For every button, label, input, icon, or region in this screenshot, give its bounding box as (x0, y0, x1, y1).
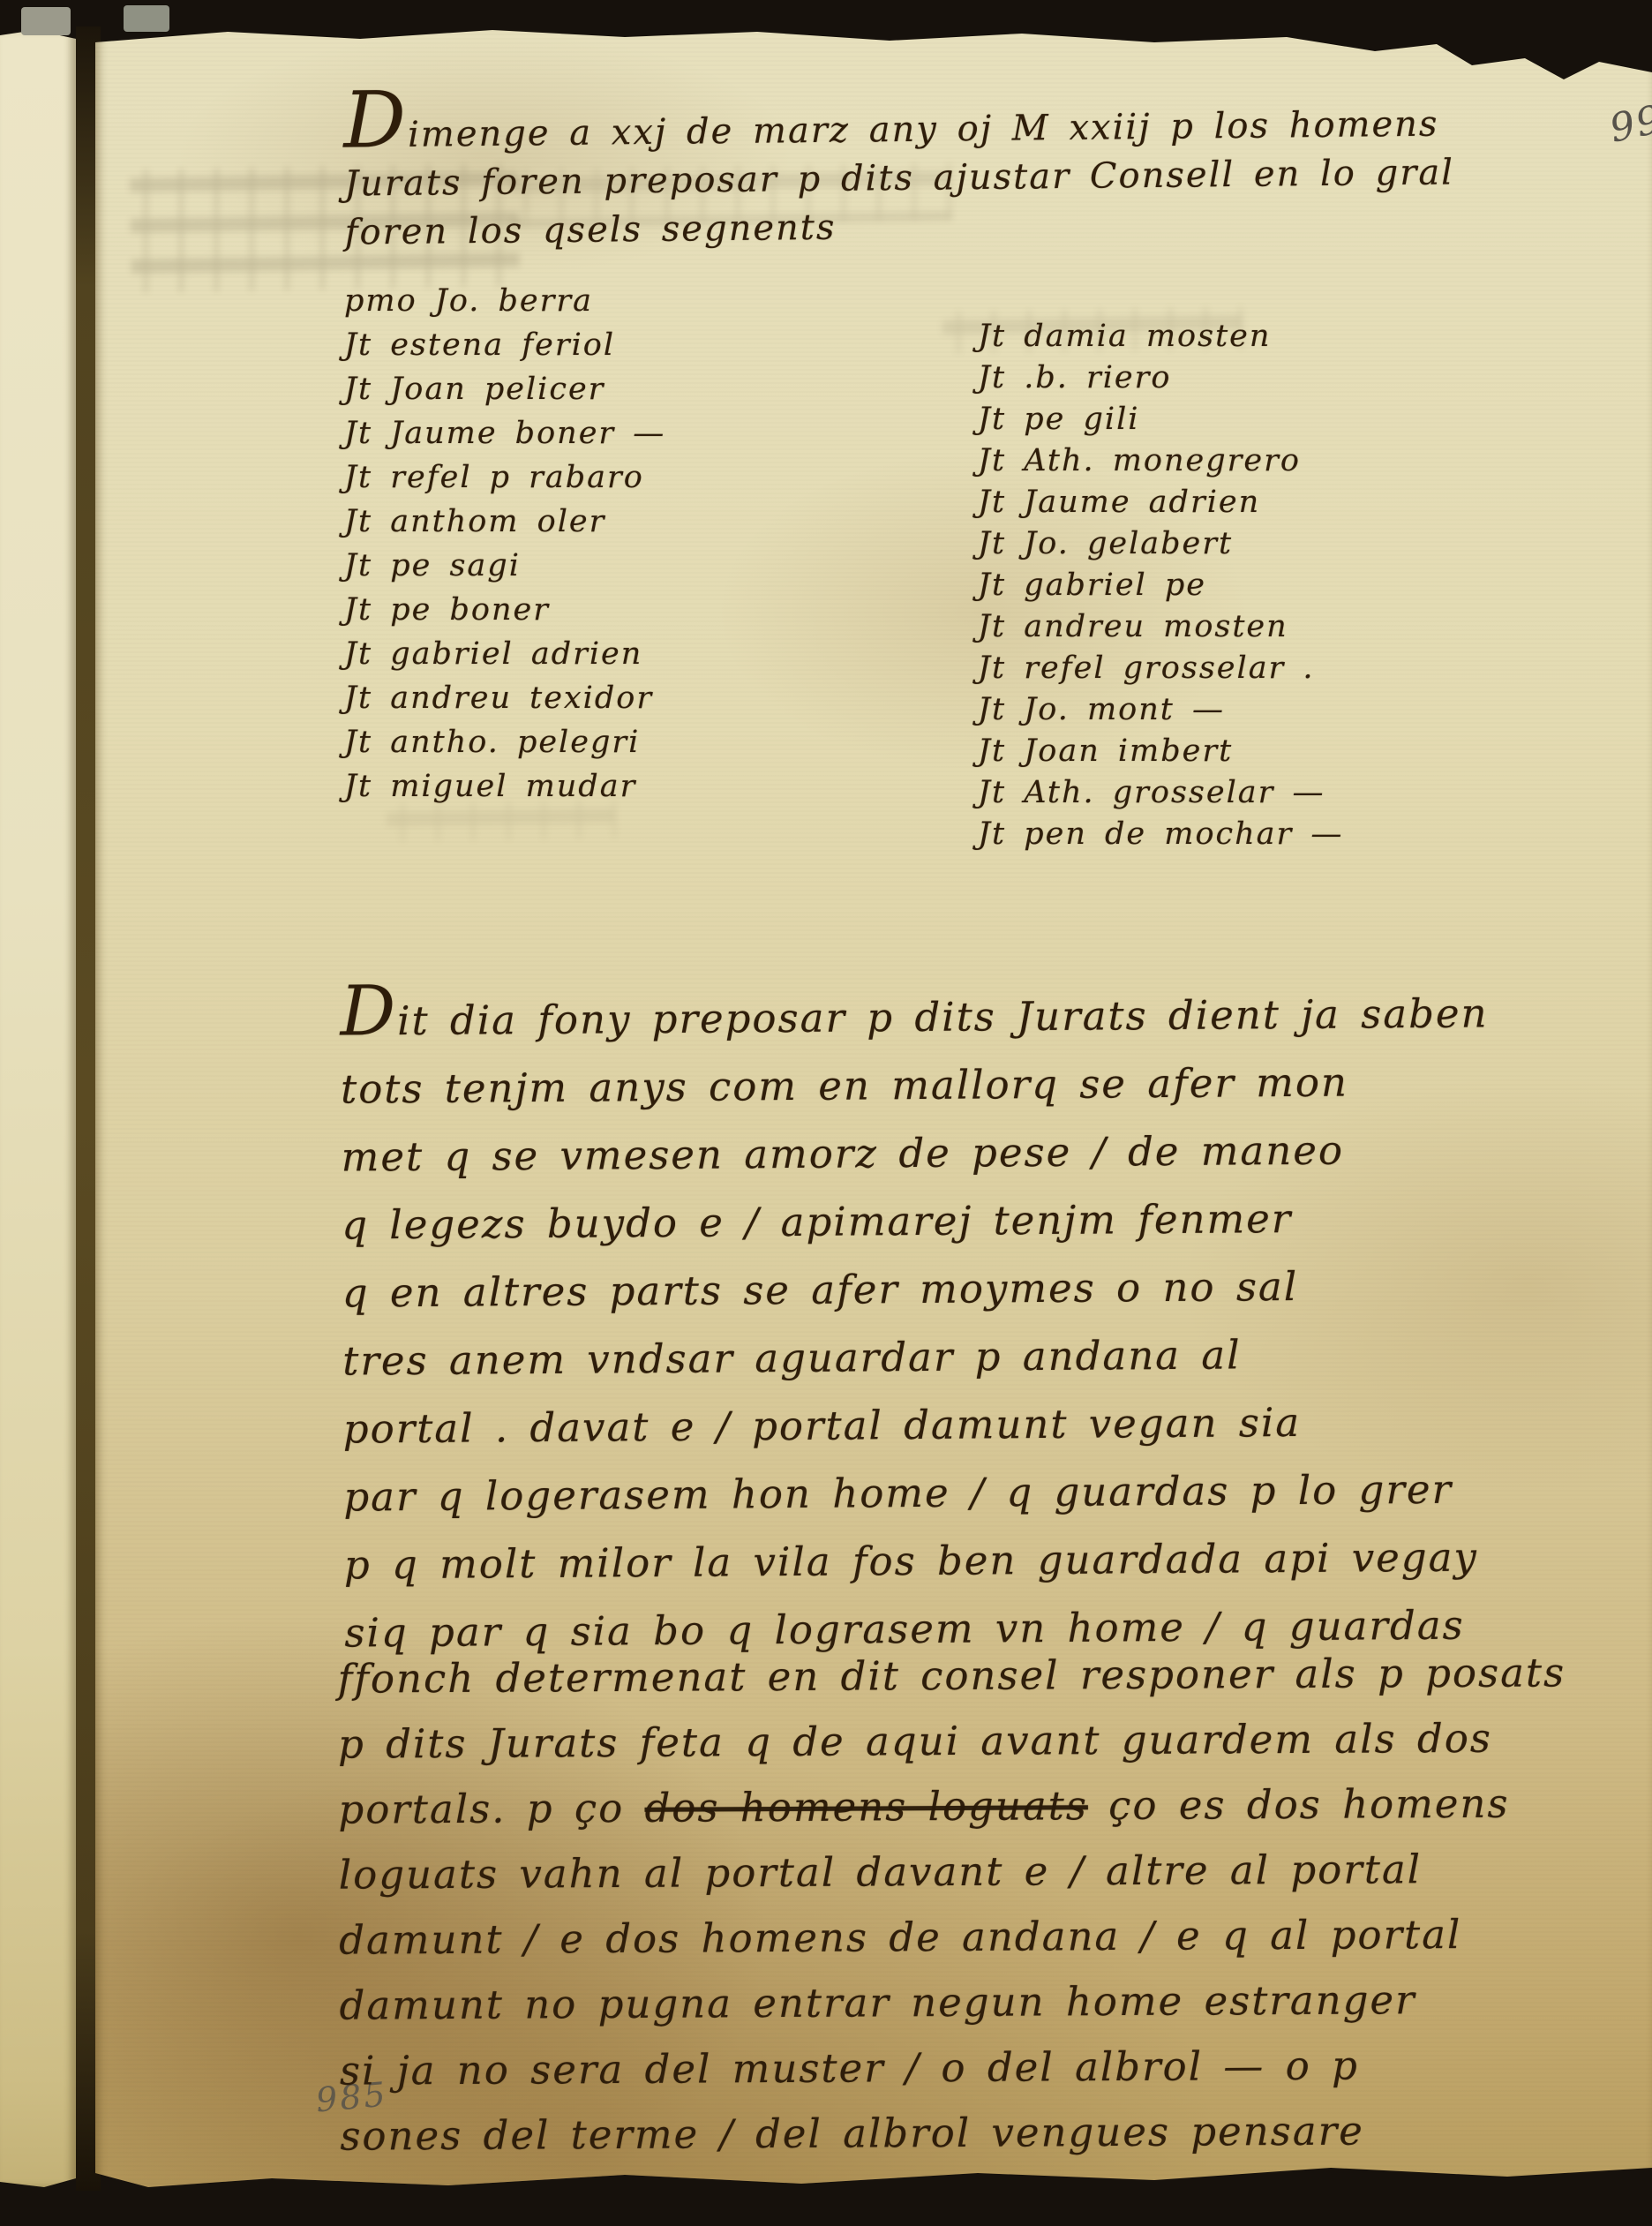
text-line: par q logerasem hon home / q guardas p l… (343, 1455, 1491, 1530)
binding-tab (21, 7, 71, 35)
heading-line: Dimenge a xxj de marz any oj M xxiij p l… (343, 87, 1454, 160)
attendee-name: Jt .b. riero (978, 357, 1343, 399)
attendee-name: Jt miguel mudar (344, 764, 665, 808)
text-line: p q molt milor la vila fos ben guardada … (344, 1523, 1492, 1598)
previous-page-edge (0, 30, 76, 2187)
attendee-name: Jt Ath. monegrero (978, 440, 1343, 482)
attendee-list-right: Jt damia mosten Jt .b. riero Jt pe gili … (978, 316, 1343, 855)
text-line: q legezs buydo e / apimarej tenjm fenmer (342, 1183, 1490, 1259)
attendee-name: Jt gabriel adrien (344, 632, 665, 676)
text-line: ffonch determenat en dit consel responer… (337, 1640, 1566, 1711)
text-line: p dits Jurats feta q de aqui avant guard… (338, 1705, 1566, 1777)
attendee-name: Jt estena feriol (344, 323, 665, 367)
text-segment: ço es dos homens (1088, 1780, 1510, 1830)
attendee-name: Jt gabriel pe (978, 565, 1343, 606)
attendee-name: Jt andreu texidor (344, 676, 665, 720)
attendee-name: Jt antho. pelegri (344, 720, 665, 764)
attendee-list-left: pmo Jo. berra Jt estena feriol Jt Joan p… (344, 279, 665, 808)
binding-tab (124, 5, 169, 32)
text-line: met q se vmesen amorz de pese / de maneo (341, 1115, 1489, 1191)
attendee-name: Jt damia mosten (978, 316, 1343, 357)
record-heading: Dimenge a xxj de marz any oj M xxiij p l… (343, 87, 1455, 257)
text-line: tots tenjm anys com en mallorq se afer m… (341, 1047, 1489, 1123)
manuscript-page: 993 985 Dimenge a xxj de marz any oj M x… (95, 25, 1652, 2198)
attendee-name: pmo Jo. berra (344, 279, 665, 323)
text-line: damunt no pugna entrar negun home estran… (339, 1967, 1567, 2038)
attendee-name: Jt Jaume boner — (344, 411, 665, 455)
attendee-name: Jt refel grosselar . (978, 648, 1343, 689)
text-line: tres anem vndsar aguardar p andana al (342, 1319, 1491, 1395)
attendee-name: Jt Jo. gelabert (978, 523, 1343, 565)
attendee-name: Jt andreu mosten (978, 606, 1343, 648)
text-segment: portals. p ço (338, 1785, 644, 1833)
resolution-paragraph: ffonch determenat en dit consel responer… (337, 1640, 1568, 2169)
text-line: Dit dia fony preposar p dits Jurats dien… (340, 979, 1488, 1055)
attendee-name: Jt pe boner (344, 588, 665, 632)
text-line: q en altres parts se afer moymes o no sa… (342, 1251, 1490, 1327)
text-line: sones del terme / del albrol vengues pen… (340, 2097, 1568, 2169)
attendee-name: Jt pe gili (978, 399, 1343, 440)
attendee-name: Jt Joan imbert (978, 731, 1343, 772)
attendee-name: Jt Joan pelicer (344, 367, 665, 411)
proposal-paragraph: Dit dia fony preposar p dits Jurats dien… (340, 979, 1492, 1666)
attendee-name: Jt anthom oler (344, 500, 665, 544)
text-line: portal . davat e / portal damunt vegan s… (343, 1387, 1491, 1463)
attendee-name: Jt pen de mochar — (978, 814, 1343, 855)
text-line-with-strikethrough: portals. p ço dos homens loguats ço es d… (338, 1771, 1566, 1842)
attendee-name: Jt refel p rabaro (344, 455, 665, 500)
manuscript-scan: { "colors": { "ink": "#2e1d0a", "pencil"… (0, 0, 1652, 2226)
text-line: damunt / e dos homens de andana / e q al… (339, 1901, 1567, 1973)
folio-number-top-right: 993 (1606, 91, 1652, 152)
attendee-name: Jt Jaume adrien (978, 482, 1343, 523)
text-line: loguats vahn al portal davant e / altre … (339, 1836, 1567, 1907)
struck-text: dos homens loguats (644, 1782, 1088, 1831)
heading-line: foren los qsels segnents (344, 197, 1454, 257)
attendee-name: Jt Ath. grosselar — (978, 772, 1343, 814)
attendee-name: Jt pe sagi (344, 544, 665, 588)
attendee-name: Jt Jo. mont — (978, 689, 1343, 731)
text-line: si ja no sera del muster / o del albrol … (340, 2032, 1568, 2103)
